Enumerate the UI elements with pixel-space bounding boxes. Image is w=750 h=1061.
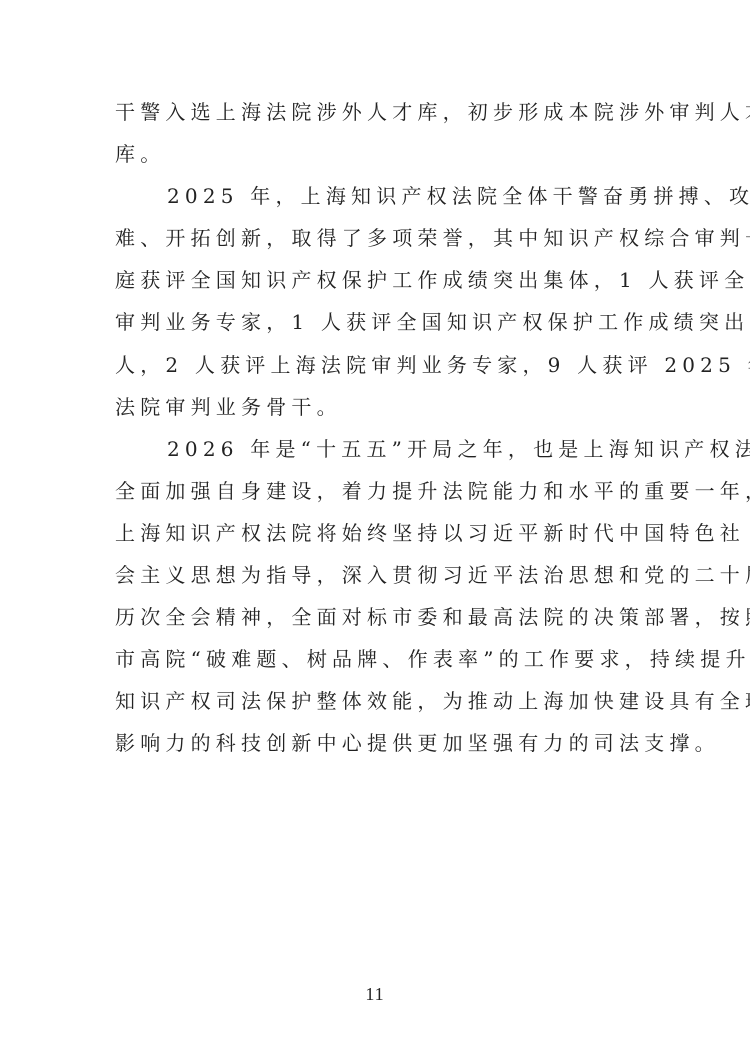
- page-number: 11: [0, 984, 750, 1005]
- text-line: 影响力的科技创新中心提供更加坚强有力的司法支撑。: [115, 728, 645, 770]
- paragraph-start-line: 2025 年，上海知识产权法院全体干警奋勇拼搏、攻坚克: [115, 181, 645, 223]
- body-text: 干警入选上海法院涉外人才库，初步形成本院涉外审判人才 库。 2025 年，上海知…: [115, 97, 645, 771]
- text-line: 难、开拓创新，取得了多项荣誉，其中知识产权综合审判一: [115, 223, 645, 265]
- text-line: 库。: [115, 139, 645, 181]
- text-line: 知识产权司法保护整体效能，为推动上海加快建设具有全球: [115, 686, 645, 728]
- text-line: 全面加强自身建设，着力提升法院能力和水平的重要一年，: [115, 476, 645, 518]
- text-line: 审判业务专家，1 人获评全国知识产权保护工作成绩突出个: [115, 307, 645, 349]
- paragraph-start-line: 2026 年是“十五五”开局之年，也是上海知识产权法院: [115, 434, 645, 476]
- text-line: 历次全会精神，全面对标市委和最高法院的决策部署，按照: [115, 602, 645, 644]
- text-line: 会主义思想为指导，深入贯彻习近平法治思想和党的二十届: [115, 560, 645, 602]
- document-page: 干警入选上海法院涉外人才库，初步形成本院涉外审判人才 库。 2025 年，上海知…: [0, 0, 750, 1061]
- text-line: 人，2 人获评上海法院审判业务专家，9 人获评 2025 年上海: [115, 350, 645, 392]
- text-line: 上海知识产权法院将始终坚持以习近平新时代中国特色社: [115, 518, 645, 560]
- text-line: 干警入选上海法院涉外人才库，初步形成本院涉外审判人才: [115, 97, 645, 139]
- text-line: 市高院“破难题、树品牌、作表率”的工作要求，持续提升: [115, 644, 645, 686]
- text-line: 庭获评全国知识产权保护工作成绩突出集体，1 人获评全国: [115, 265, 645, 307]
- text-line: 法院审判业务骨干。: [115, 392, 645, 434]
